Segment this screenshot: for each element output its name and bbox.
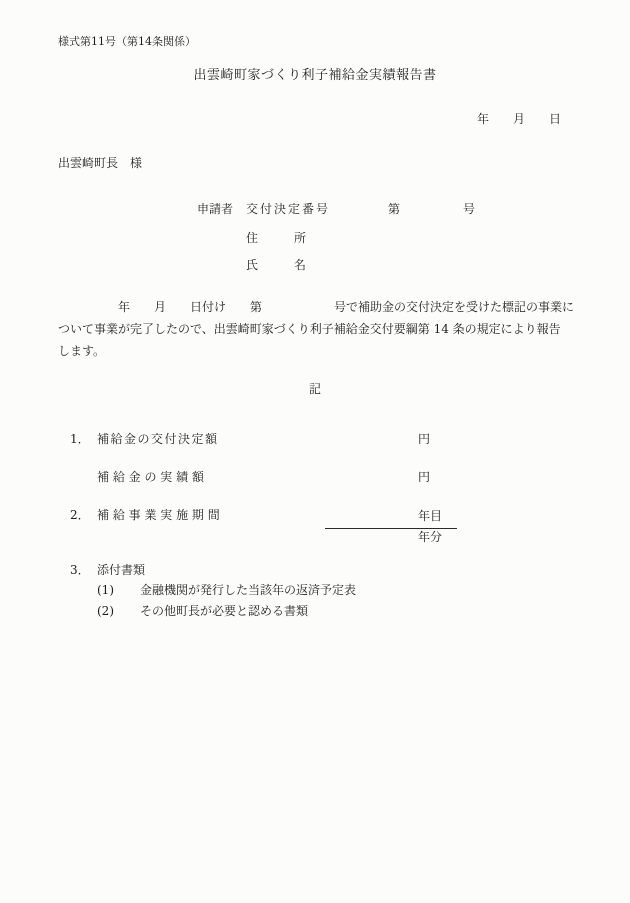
body-paragraph-line: ついて事業が完了したので、出雲崎町家づくり利子補給金交付要綱第 14 条の規定に… xyxy=(58,323,561,335)
decision-number-prefix: 第 xyxy=(388,203,400,215)
page-title: 出雲崎町家づくり利子補給金実績報告書 xyxy=(0,69,630,82)
body-paragraph-line: 年 月 日付け 第 号で補助金の交付決定を受けた標記の事業に xyxy=(58,301,574,313)
period-fraction-denominator: 年分 xyxy=(418,531,442,543)
item-label-subsidy-period: 補 給 事 業 実 施 期 間 xyxy=(97,509,220,521)
form-number: 様式第11号（第14条関係） xyxy=(58,36,196,47)
item-unit-yen: 円 xyxy=(418,433,430,445)
period-fraction-divider xyxy=(325,528,457,529)
address-label: 住 所 xyxy=(246,232,306,244)
item-number: 2． xyxy=(70,509,90,521)
item-number: 1． xyxy=(70,433,90,445)
attachment-text-repayment-schedule: 金融機関が発行した当該年の返済予定表 xyxy=(140,584,356,596)
attachment-number: (1) xyxy=(97,584,114,596)
date-line: 年 月 日 xyxy=(477,113,561,125)
document-page: 様式第11号（第14条関係） 出雲崎町家づくり利子補給金実績報告書 年 月 日 … xyxy=(0,0,630,903)
item-unit-yen: 円 xyxy=(418,471,430,483)
item-label-grant-actual-amount: 補 給 金 の 実 績 額 xyxy=(97,471,204,483)
applicant-label: 申請者 xyxy=(197,203,233,215)
body-paragraph-line: します。 xyxy=(58,345,105,357)
addressee: 出雲崎町長 様 xyxy=(58,157,142,169)
name-label: 氏 名 xyxy=(246,259,306,271)
item-number: 3． xyxy=(70,564,90,576)
record-heading: 記 xyxy=(0,383,630,395)
period-fraction-numerator: 年目 xyxy=(418,510,442,522)
decision-number-suffix: 号 xyxy=(463,203,475,215)
item-label-attachments: 添付書類 xyxy=(97,564,145,576)
decision-number-label: 交付決定番号 xyxy=(246,203,330,215)
attachment-text-other-documents: その他町長が必要と認める書類 xyxy=(140,605,308,617)
item-label-grant-decision-amount: 補給金の交付決定額 xyxy=(97,433,219,445)
attachment-number: (2) xyxy=(97,605,114,617)
